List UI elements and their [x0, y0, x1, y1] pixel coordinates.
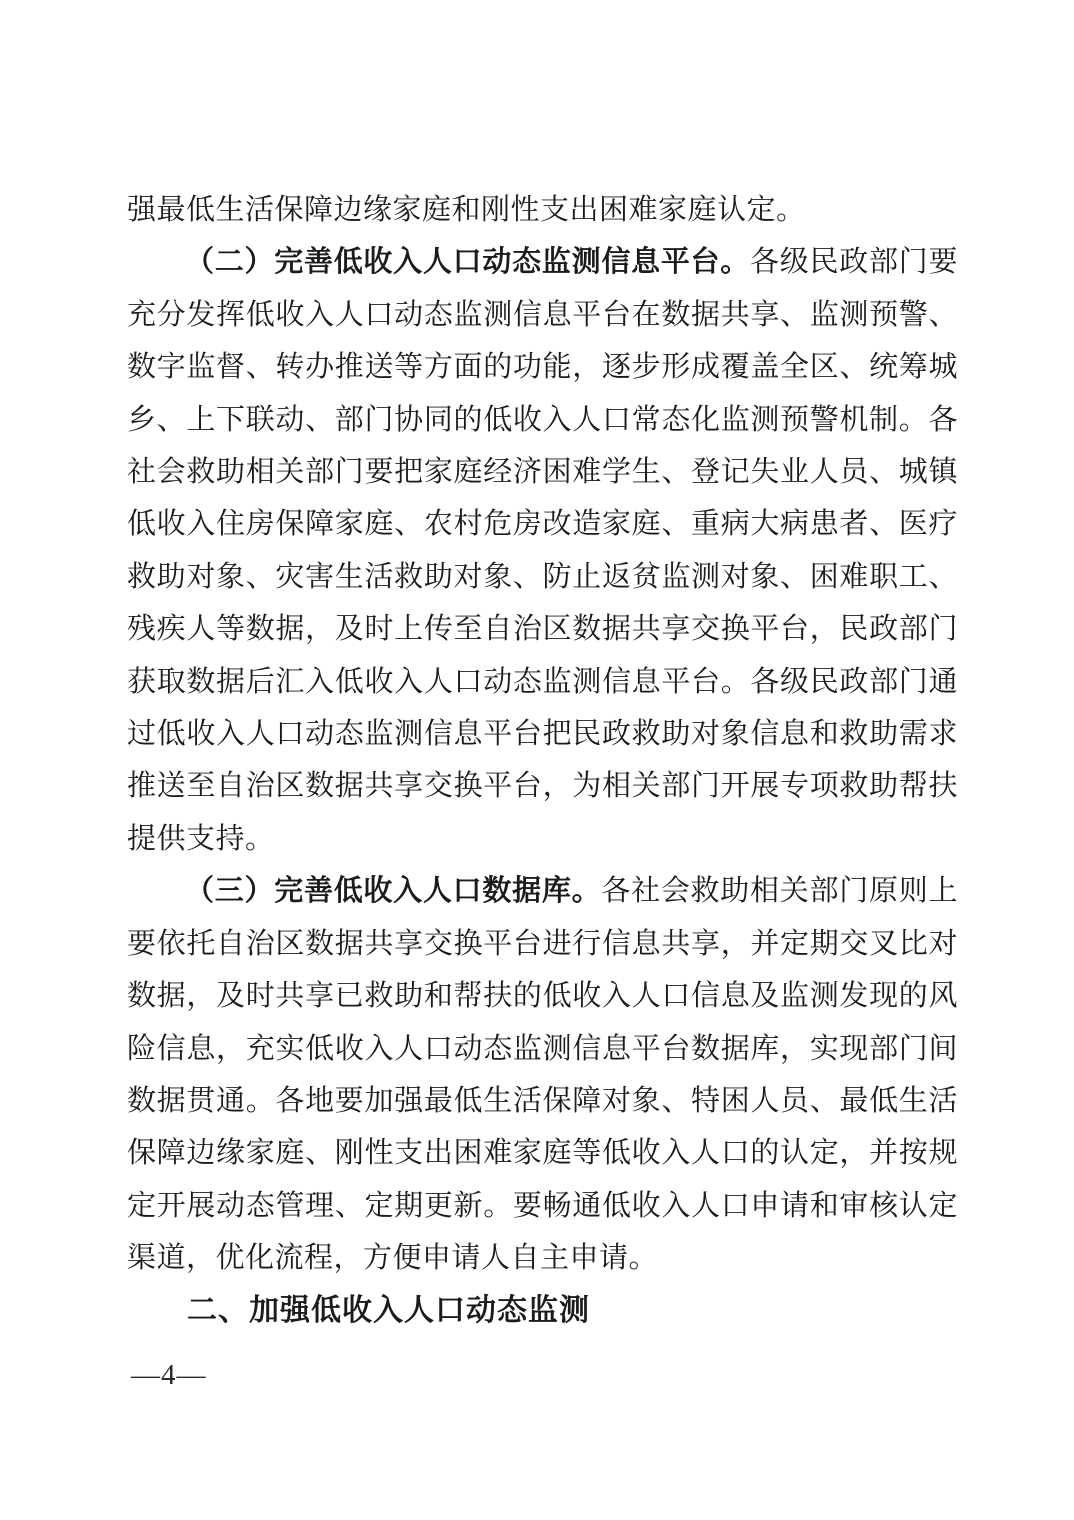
- page-number: —4—: [131, 1349, 207, 1401]
- paragraph-continuation-text: 强最低生活保障边缘家庭和刚性支出困难家庭认定。: [127, 194, 806, 226]
- paragraph-item-2-lead: （二）完善低收入人口动态监测信息平台。: [185, 246, 750, 278]
- document-body: 强最低生活保障边缘家庭和刚性支出困难家庭认定。 （二）完善低收入人口动态监测信息…: [127, 184, 958, 1337]
- paragraph-item-3: （三）完善低收入人口数据库。各社会救助相关部门原则上要依托自治区数据共享交换平台…: [127, 865, 958, 1284]
- paragraph-continuation: 强最低生活保障边缘家庭和刚性支出困难家庭认定。: [127, 184, 958, 236]
- document-page: 强最低生活保障边缘家庭和刚性支出困难家庭认定。 （二）完善低收入人口动态监测信息…: [0, 0, 1074, 1520]
- paragraph-item-2-text: 各级民政部门要充分发挥低收入人口动态监测信息平台在数据共享、监测预警、数字监督、…: [127, 246, 958, 854]
- paragraph-item-2: （二）完善低收入人口动态监测信息平台。各级民政部门要充分发挥低收入人口动态监测信…: [127, 236, 958, 865]
- paragraph-item-3-lead: （三）完善低收入人口数据库。: [185, 875, 601, 907]
- paragraph-item-3-text: 各社会救助相关部门原则上要依托自治区数据共享交换平台进行信息共享，并定期交叉比对…: [127, 875, 958, 1274]
- section-heading: 二、加强低收入人口动态监测: [127, 1285, 958, 1337]
